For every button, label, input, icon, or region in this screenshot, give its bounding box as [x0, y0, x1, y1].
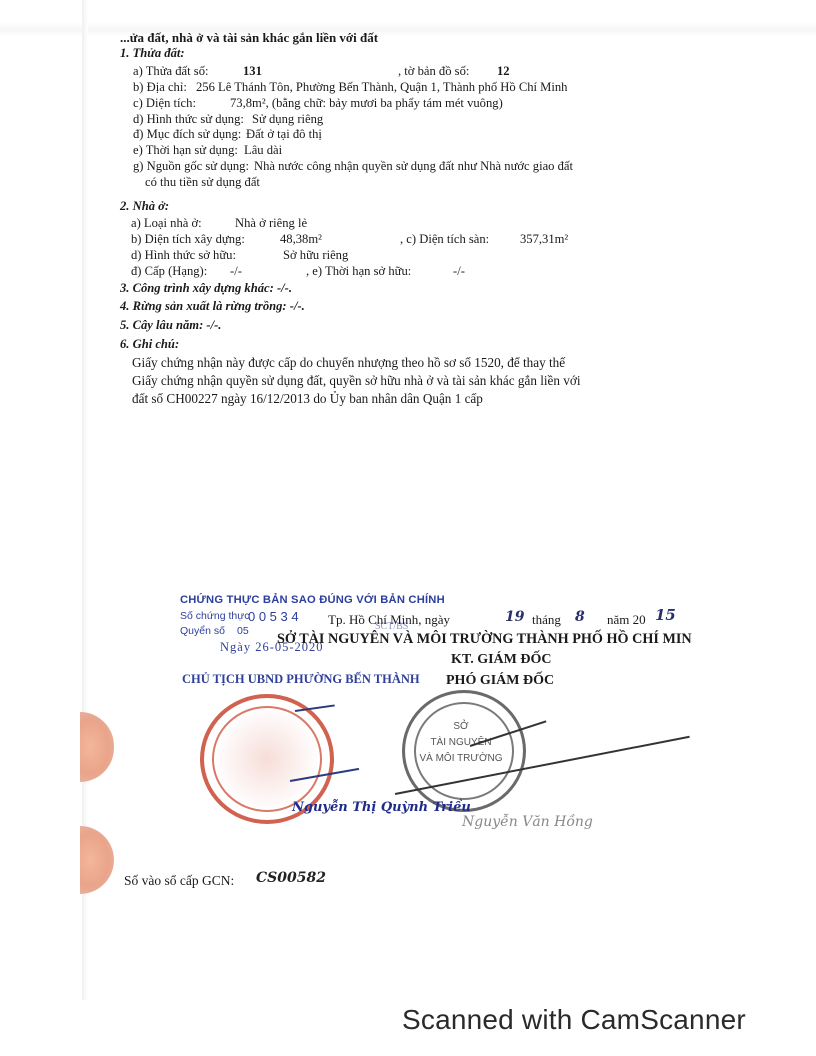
issuer-role: PHÓ GIÁM ĐỐC	[446, 673, 554, 688]
ownership-term-label: , e) Thời hạn sở hữu:	[306, 264, 411, 279]
grade-label: đ) Cấp (Hạng):	[131, 264, 207, 279]
section-1-title: 1. Thửa đất:	[120, 46, 185, 61]
use-purpose-value: Đất ở tại đô thị	[246, 127, 322, 142]
note-line-1: Giấy chứng nhận này được cấp do chuyển n…	[132, 355, 565, 370]
ownership-term-value: -/-	[453, 264, 465, 279]
map-sheet-label: , tờ bản đồ số:	[398, 64, 469, 79]
department-seal	[402, 690, 526, 812]
section-6-title: 6. Ghi chú:	[120, 337, 179, 352]
issuing-authority: SỞ TÀI NGUYÊN VÀ MÔI TRƯỜNG THÀNH PHỐ HỒ…	[277, 632, 692, 647]
ownership-form-label: d) Hình thức sở hữu:	[131, 248, 236, 263]
address-value: 256 Lê Thánh Tôn, Phường Bến Thành, Quận…	[196, 80, 567, 95]
construction-area-label: b) Diện tích xây dựng:	[131, 232, 245, 247]
finger-top	[80, 712, 114, 782]
ward-signer-name: Nguyễn Thị Quỳnh Triều	[292, 800, 471, 815]
origin-label: g) Nguồn gốc sử dụng:	[133, 159, 249, 174]
issue-month-label: tháng	[532, 612, 561, 627]
house-type-value: Nhà ở riêng lẻ	[235, 216, 307, 231]
floor-area-value: 357,31m²	[520, 232, 568, 247]
land-parcel-number: 131	[243, 64, 262, 79]
section-5: 5. Cây lâu năm: -/-.	[120, 318, 221, 333]
scanner-watermark: Scanned with CamScanner	[402, 1004, 746, 1036]
use-purpose-label: đ) Mục đích sử dụng:	[133, 127, 241, 142]
cert-number-label: Số chứng thực	[180, 609, 250, 624]
construction-area-value: 48,38m²	[280, 232, 322, 247]
issuer-kt-title: KT. GIÁM ĐỐC	[451, 652, 551, 667]
issue-year-suffix: 15	[655, 608, 676, 623]
registry-label: Số vào sổ cấp GCN:	[124, 873, 234, 888]
issue-date-prefix: Tp. Hồ Chí Minh, ngày	[328, 612, 450, 627]
origin-value-line2: có thu tiền sử dụng đất	[145, 175, 260, 190]
address-label: b) Địa chỉ:	[133, 80, 187, 95]
note-line-3: đất số CH00227 ngày 16/12/2013 do Ủy ban…	[132, 391, 483, 406]
certification-stamp-title: CHỨNG THỰC BẢN SAO ĐÚNG VỚI BẢN CHÍNH	[180, 593, 445, 608]
cert-signer-title: CHỦ TỊCH UBND PHƯỜNG BẾN THÀNH	[182, 672, 420, 687]
seal-text-line-1: SỞ	[402, 720, 520, 734]
issue-month: 8	[575, 610, 585, 625]
book-number-value: 05	[237, 624, 249, 639]
ownership-form-value: Sở hữu riêng	[283, 248, 348, 263]
map-sheet-number: 12	[497, 64, 510, 79]
section-2-title: 2. Nhà ở:	[120, 199, 169, 214]
section-3: 3. Công trình xây dựng khác: -/-.	[120, 281, 292, 296]
seal-text-line-2: TÀI NGUYÊN	[402, 736, 520, 750]
issue-day: 19	[505, 610, 524, 625]
area-label: c) Diện tích:	[133, 96, 196, 111]
cert-number-value: 0 0 5 3 4	[248, 609, 299, 624]
registry-value: CS00582	[256, 871, 326, 886]
note-line-2: Giấy chứng nhận quyền sử dụng đất, quyền…	[132, 373, 581, 388]
house-type-label: a) Loại nhà ở:	[131, 216, 202, 231]
use-form-label: d) Hình thức sử dụng:	[133, 112, 244, 127]
director-signer-name: Nguyễn Văn Hồng	[462, 815, 593, 830]
document-heading: ...ửa đất, nhà ở và tài sản khác gắn liề…	[120, 30, 378, 45]
floor-area-label: , c) Diện tích sàn:	[400, 232, 489, 247]
area-value: 73,8m², (bằng chữ: bảy mươi ba phẩy tám …	[230, 96, 503, 111]
origin-value-line1: Nhà nước công nhận quyền sử dụng đất như…	[254, 159, 573, 174]
use-term-label: e) Thời hạn sử dụng:	[133, 143, 238, 158]
finger-bottom	[80, 826, 114, 894]
grade-value: -/-	[230, 264, 242, 279]
use-form-value: Sử dụng riêng	[252, 112, 323, 127]
land-parcel-label: a) Thửa đất số:	[133, 64, 209, 79]
seal-text-line-3: VÀ MÔI TRƯỜNG	[402, 752, 520, 766]
use-term-value: Lâu dài	[244, 143, 282, 158]
issue-year-label: năm 20	[607, 612, 646, 627]
book-number-label: Quyển số	[180, 624, 225, 639]
section-4: 4. Rừng sản xuất là rừng trồng: -/-.	[120, 299, 305, 314]
